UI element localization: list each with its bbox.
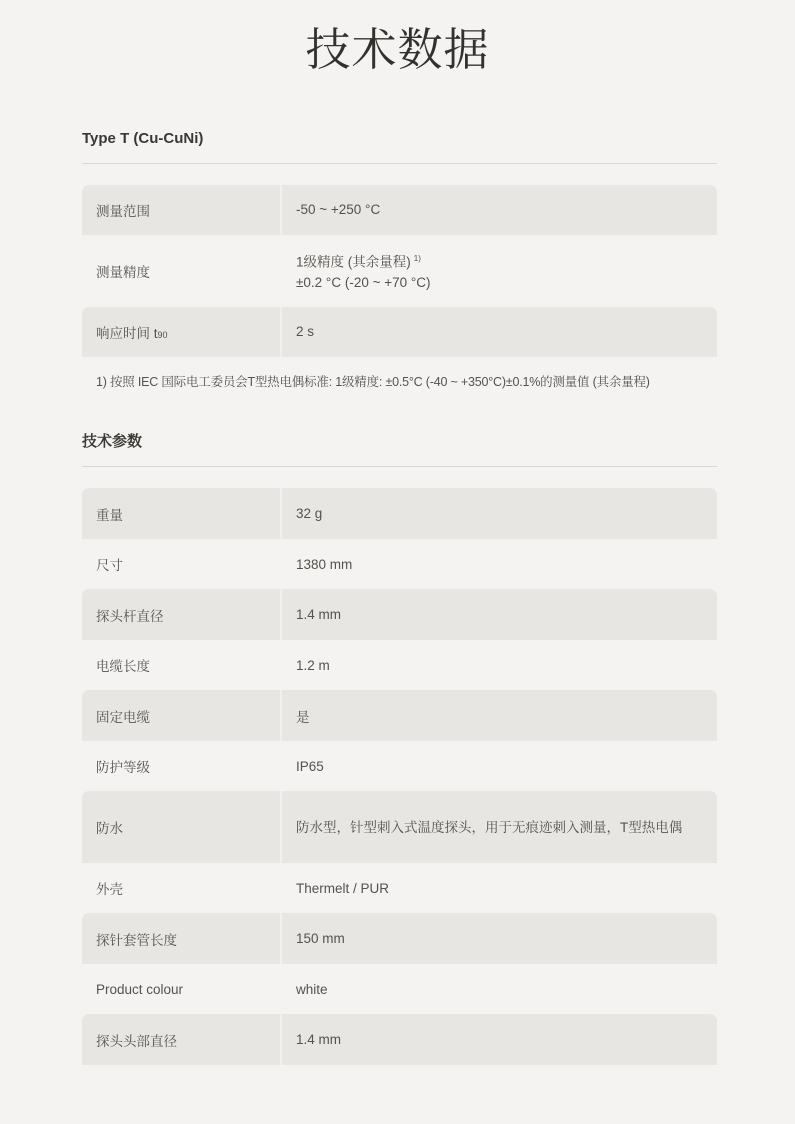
row-value: 1.4 mm xyxy=(282,589,717,640)
row-label: 测量精度 xyxy=(82,235,282,307)
table-row: 固定电缆 是 xyxy=(82,690,717,741)
row-label: 响应时间 t90 xyxy=(82,307,282,357)
section-type-t: Type T (Cu-CuNi) 测量范围 -50 ~ +250 °C 测量精度… xyxy=(82,128,717,390)
row-value: 2 s xyxy=(282,307,717,357)
row-label: 防护等级 xyxy=(82,741,282,791)
row-label: 重量 xyxy=(82,488,282,539)
row-label: Product colour xyxy=(82,964,282,1014)
table-row: 测量精度 1级精度 (其余量程)1) ±0.2 °C (-20 ~ +70 °C… xyxy=(82,235,717,307)
section-technical-parameters: 技术参数 重量 32 g 尺寸 1380 mm 探头杆直径 1.4 mm 电缆长… xyxy=(82,431,717,1065)
row-label: 电缆长度 xyxy=(82,640,282,690)
footnote-marker: 1) xyxy=(414,254,421,263)
table-row: 外壳 Thermelt / PUR xyxy=(82,863,717,913)
row-label: 探针套管长度 xyxy=(82,913,282,964)
row-value: 1.2 m xyxy=(282,640,717,690)
row-value: -50 ~ +250 °C xyxy=(282,185,717,235)
section-divider xyxy=(82,466,717,467)
table-row: 防护等级 IP65 xyxy=(82,741,717,791)
table-row: 探头头部直径 1.4 mm xyxy=(82,1014,717,1065)
row-label: 固定电缆 xyxy=(82,690,282,741)
table-row: 测量范围 -50 ~ +250 °C xyxy=(82,185,717,235)
section-heading: 技术参数 xyxy=(82,431,717,453)
row-value: 防水型，针型刺入式温度探头，用于无痕迹刺入测量，T型热电偶 xyxy=(282,791,717,863)
row-value: 是 xyxy=(282,690,717,741)
row-label: 外壳 xyxy=(82,863,282,913)
row-value: Thermelt / PUR xyxy=(282,863,717,913)
table-row: Product colour white xyxy=(82,964,717,1014)
row-value: white xyxy=(282,964,717,1014)
table-row: 电缆长度 1.2 m xyxy=(82,640,717,690)
spec-table: 重量 32 g 尺寸 1380 mm 探头杆直径 1.4 mm 电缆长度 1.2… xyxy=(82,488,717,1065)
table-row: 尺寸 1380 mm xyxy=(82,539,717,589)
row-label: 尺寸 xyxy=(82,539,282,589)
table-row: 探头杆直径 1.4 mm xyxy=(82,589,717,640)
row-value: IP65 xyxy=(282,741,717,791)
row-label: 测量范围 xyxy=(82,185,282,235)
page-title: 技术数据 xyxy=(0,22,795,78)
table-row: 重量 32 g xyxy=(82,488,717,539)
section-heading: Type T (Cu-CuNi) xyxy=(82,128,717,150)
table-row: 响应时间 t90 2 s xyxy=(82,307,717,357)
table-row: 探针套管长度 150 mm xyxy=(82,913,717,964)
row-label: 探头杆直径 xyxy=(82,589,282,640)
footnote: 1) 按照 IEC 国际电工委员会T型热电偶标准: 1级精度: ±0.5°C (… xyxy=(82,357,717,390)
row-value: 1.4 mm xyxy=(282,1014,717,1065)
spec-table: 测量范围 -50 ~ +250 °C 测量精度 1级精度 (其余量程)1) ±0… xyxy=(82,185,717,357)
row-label: 防水 xyxy=(82,791,282,863)
row-value: 150 mm xyxy=(282,913,717,964)
row-label: 探头头部直径 xyxy=(82,1014,282,1065)
row-value: 1级精度 (其余量程)1) ±0.2 °C (-20 ~ +70 °C) xyxy=(282,235,717,307)
row-value: 32 g xyxy=(282,488,717,539)
row-value: 1380 mm xyxy=(282,539,717,589)
section-divider xyxy=(82,163,717,164)
technical-data-page: 技术数据 Type T (Cu-CuNi) 测量范围 -50 ~ +250 °C… xyxy=(0,0,795,1124)
table-row: 防水 防水型，针型刺入式温度探头，用于无痕迹刺入测量，T型热电偶 xyxy=(82,791,717,863)
